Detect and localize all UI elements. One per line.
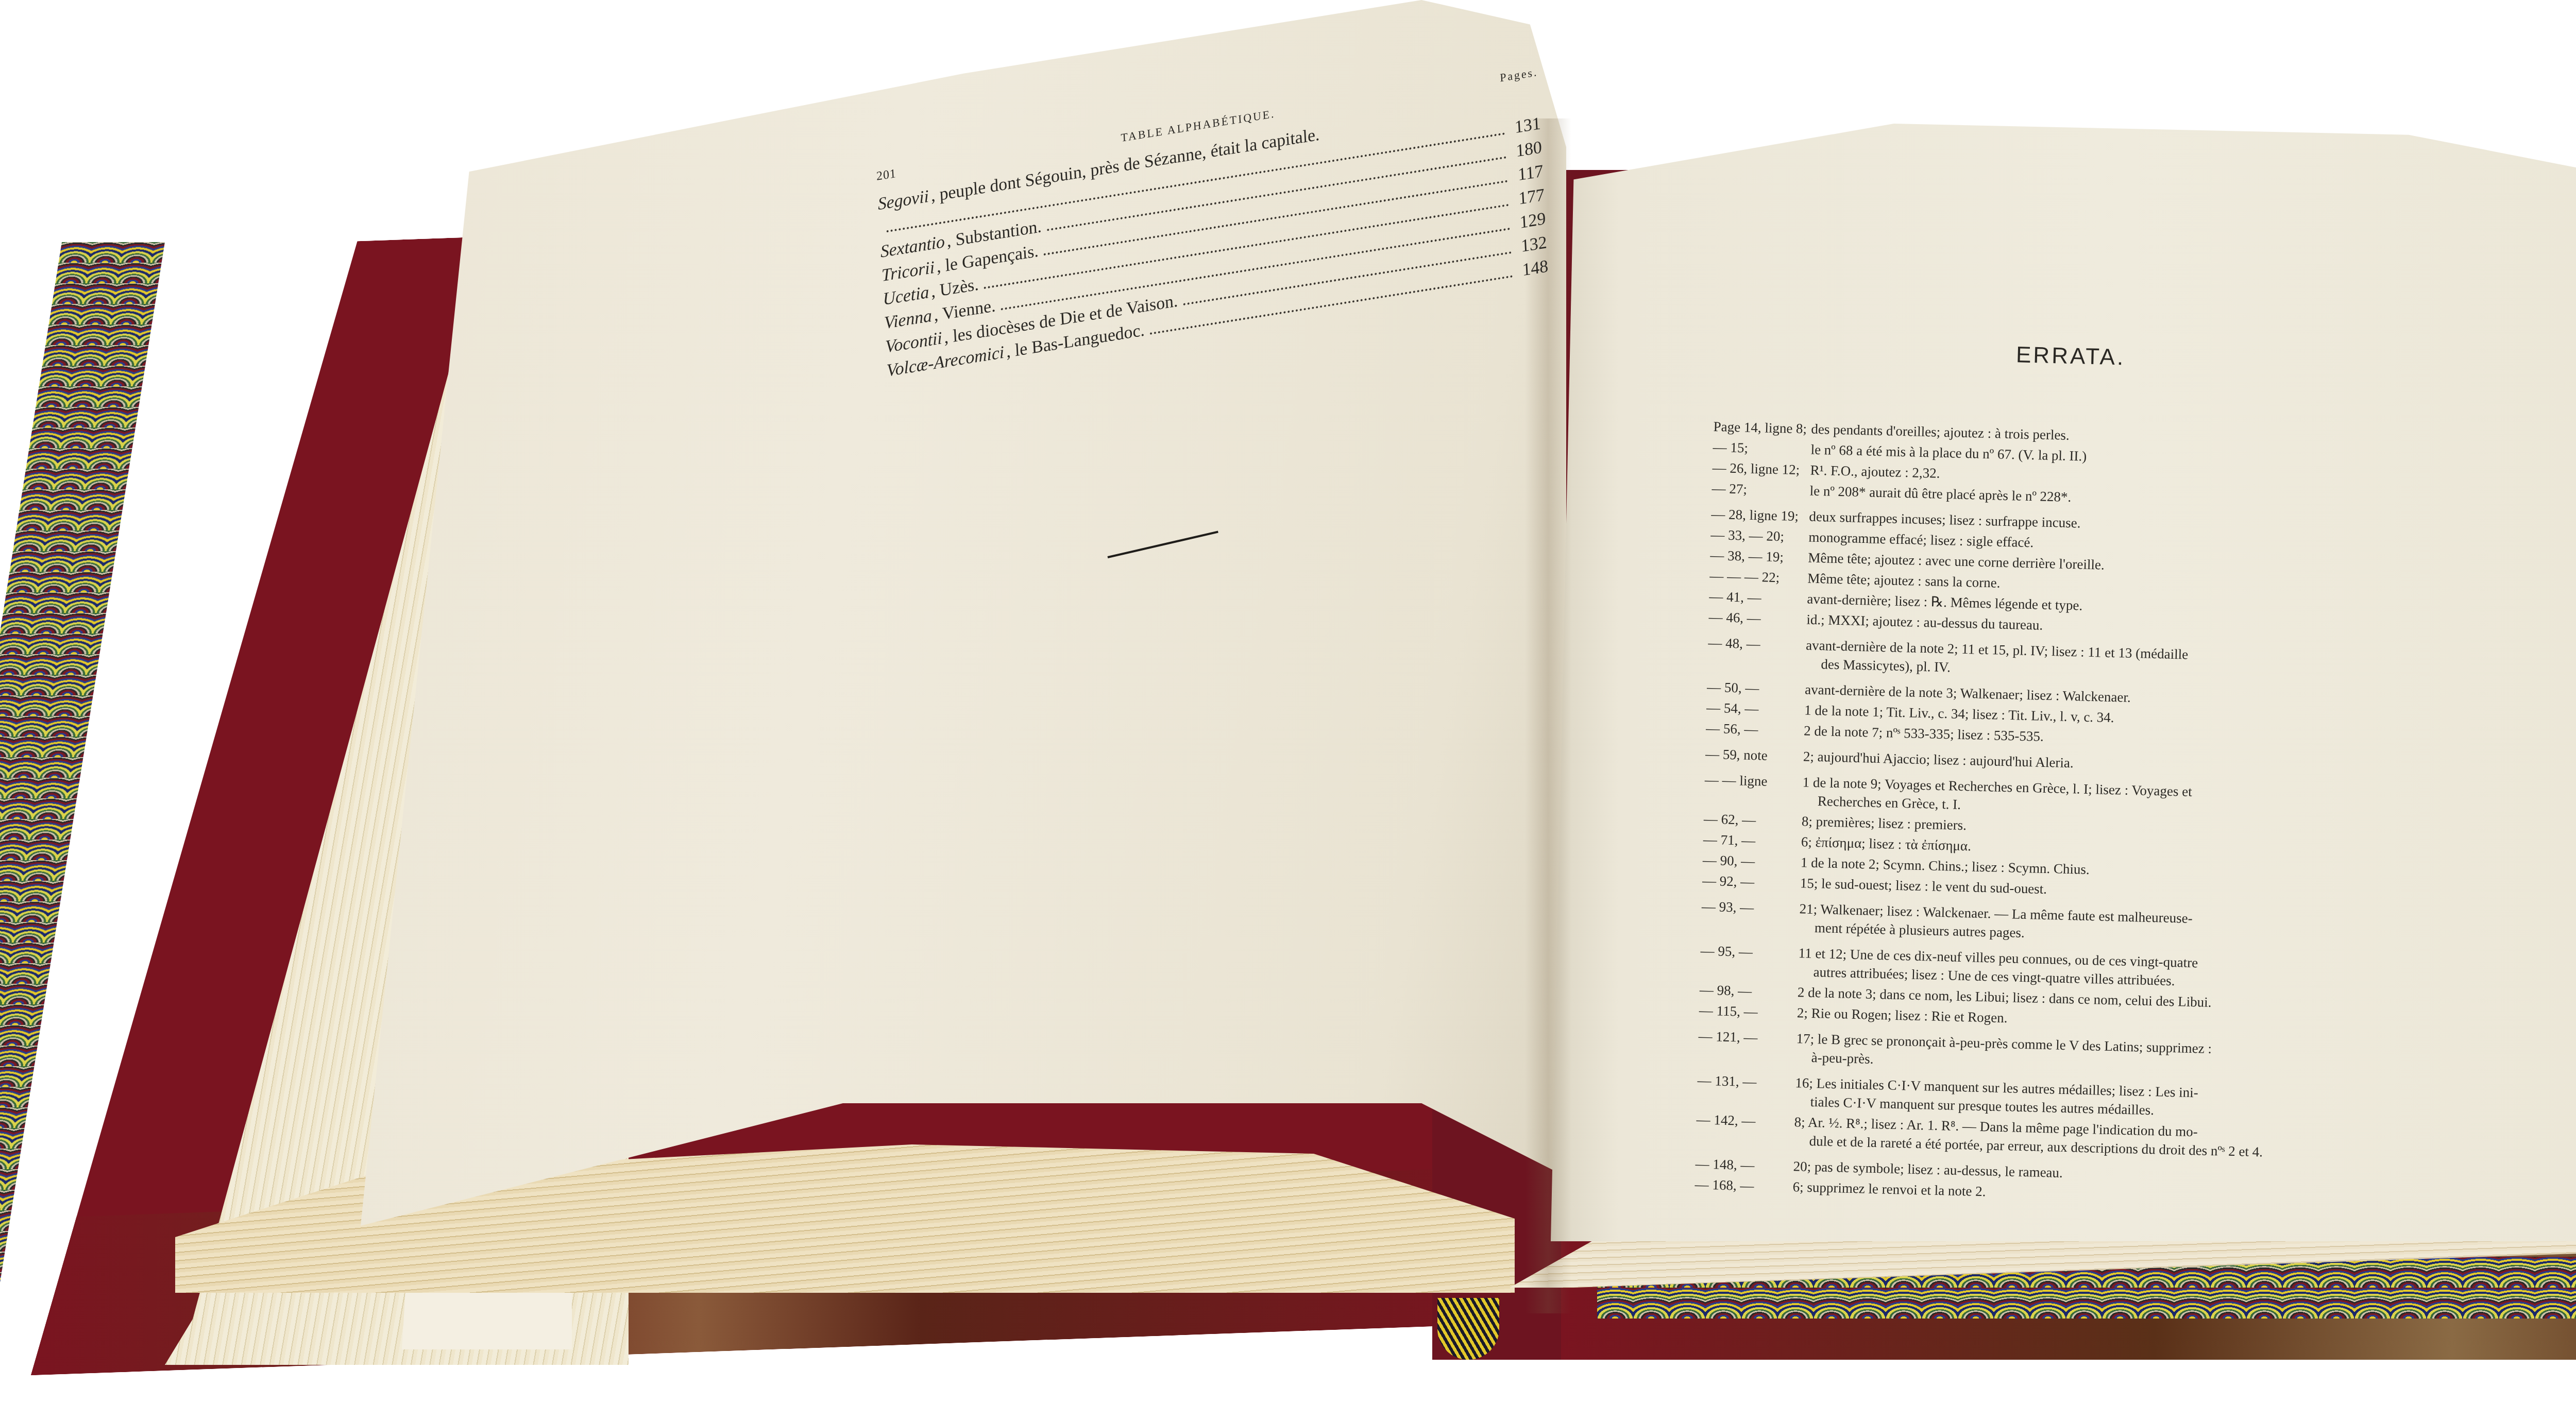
book-gutter bbox=[1525, 118, 1571, 1313]
errata-list: ERRATA. Page 14, ligne 8;des pendants d'… bbox=[1694, 335, 2550, 1216]
errata-location: — 38, — 19; bbox=[1710, 546, 1808, 567]
errata-location: — 62, — bbox=[1704, 810, 1802, 831]
errata-location: — 59, note bbox=[1705, 745, 1804, 766]
errata-location: — 115, — bbox=[1699, 1001, 1798, 1022]
errata-location: — 50, — bbox=[1707, 678, 1805, 699]
page-number: 201 bbox=[876, 162, 897, 189]
errata-location: — 93, — bbox=[1701, 897, 1800, 937]
errata-location: — 142, — bbox=[1696, 1110, 1794, 1150]
errata-location: — — — 22; bbox=[1709, 567, 1808, 588]
errata-location: Page 14, ligne 8; bbox=[1713, 417, 1811, 438]
errata-location: — 54, — bbox=[1706, 698, 1805, 720]
errata-location: — 56, — bbox=[1706, 719, 1804, 740]
errata-location: — 168, — bbox=[1694, 1175, 1793, 1196]
errata-location: — 71, — bbox=[1703, 830, 1802, 851]
errata-location: — 95, — bbox=[1700, 942, 1799, 981]
errata-location: — 15; bbox=[1713, 438, 1811, 459]
errata-location: — 92, — bbox=[1702, 871, 1801, 893]
errata-location: — 28, ligne 19; bbox=[1711, 505, 1809, 526]
errata-location: — 26, ligne 12; bbox=[1712, 458, 1810, 480]
errata-location: — 27; bbox=[1711, 479, 1810, 500]
errata-location: — 33, — 20; bbox=[1710, 525, 1809, 546]
errata-location: — 131, — bbox=[1697, 1071, 1795, 1111]
errata-location: — 41, — bbox=[1709, 587, 1807, 608]
errata-location: — 98, — bbox=[1699, 981, 1798, 1002]
headband bbox=[1437, 1298, 1499, 1360]
errata-location: — 148, — bbox=[1695, 1155, 1793, 1176]
errata-location: — — ligne bbox=[1704, 771, 1803, 810]
errata-location: — 46, — bbox=[1708, 608, 1807, 629]
errata-location: — 48, — bbox=[1707, 634, 1806, 673]
errata-location: — 90, — bbox=[1703, 851, 1801, 872]
errata-location: — 121, — bbox=[1698, 1027, 1797, 1067]
